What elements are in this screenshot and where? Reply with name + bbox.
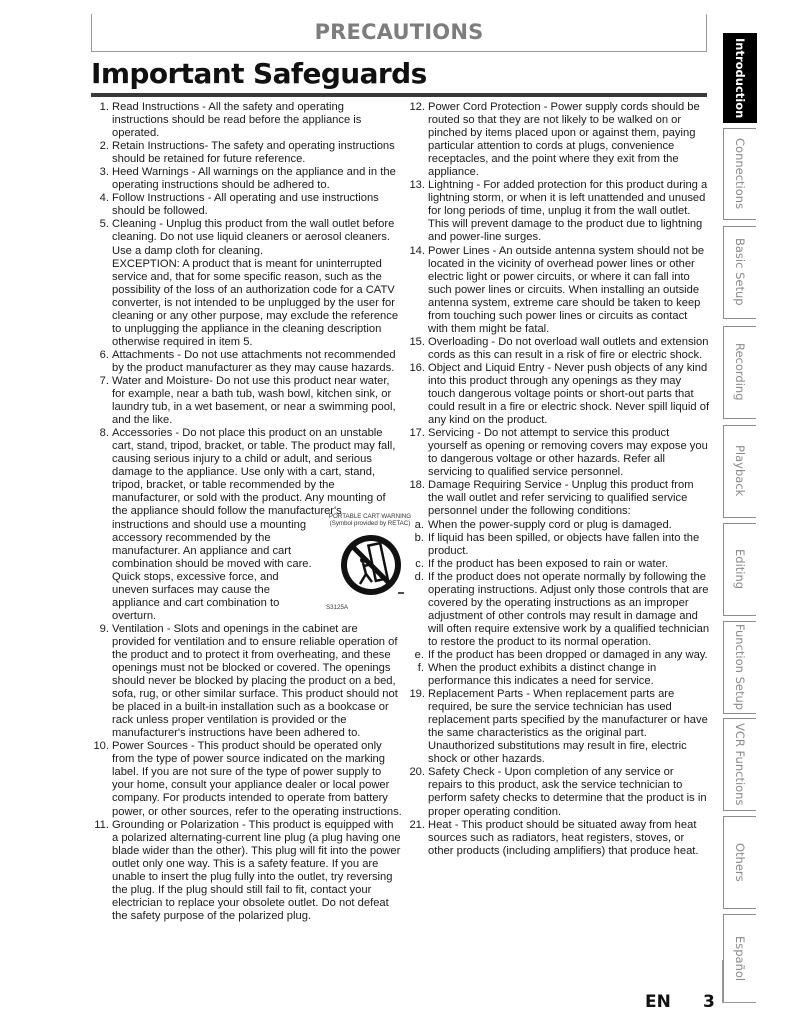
list-item-20: 20.Safety Check - Upon completion of any… bbox=[408, 766, 710, 818]
list-item-19: 19.Replacement Parts - When replacement … bbox=[408, 688, 710, 766]
list-subitem-e: e.If the product has been dropped or dam… bbox=[408, 649, 710, 662]
title-rule bbox=[91, 93, 707, 97]
list-item-1: 1.Read Instructions - All the safety and… bbox=[92, 101, 402, 140]
list-item-6: 6.Attachments - Do not use attachments n… bbox=[92, 349, 402, 375]
list-item-21: 21.Heat - This product should be situate… bbox=[408, 819, 710, 858]
list-item-3: 3.Heed Warnings - All warnings on the ap… bbox=[92, 166, 402, 192]
tab-others[interactable]: Others bbox=[723, 816, 756, 909]
list-item-10: 10.Power Sources - This product should b… bbox=[92, 740, 402, 818]
tab-basic-setup[interactable]: Basic Setup bbox=[723, 226, 756, 319]
list-item-16: 16.Object and Liquid Entry - Never push … bbox=[408, 362, 710, 427]
list-item-13: 13.Lightning - For added protection for … bbox=[408, 179, 710, 244]
portable-cart-warning-icon bbox=[336, 530, 406, 600]
list-item-9: 9.Ventilation - Slots and openings in th… bbox=[92, 623, 402, 740]
section-header-box: PRECAUTIONS bbox=[91, 14, 707, 52]
list-subitem-f: f.When the product exhibits a distinct c… bbox=[408, 662, 710, 688]
exception-note: EXCEPTION: A product that is meant for u… bbox=[112, 258, 402, 349]
list-subitem-c: c.If the product has been exposed to rai… bbox=[408, 558, 710, 571]
tab-function-setup[interactable]: Function Setup bbox=[723, 621, 756, 714]
tab-recording[interactable]: Recording bbox=[723, 326, 756, 419]
list-item-11: 11.Grounding or Polarization - This prod… bbox=[92, 819, 402, 923]
footer-divider bbox=[722, 1002, 756, 1003]
tab-introduction[interactable]: Introduction bbox=[723, 33, 757, 123]
tab-espanol[interactable]: Español bbox=[723, 914, 756, 1003]
list-item-12: 12.Power Cord Protection - Power supply … bbox=[408, 101, 710, 179]
list-item-15: 15.Overloading - Do not overload wall ou… bbox=[408, 336, 710, 362]
right-column: 12.Power Cord Protection - Power supply … bbox=[408, 101, 710, 858]
footer-divider bbox=[722, 960, 723, 1003]
list-item-17: 17.Servicing - Do not attempt to service… bbox=[408, 427, 710, 479]
tab-connections[interactable]: Connections bbox=[723, 128, 756, 220]
list-item-8: 8. Accessories - Do not place this produ… bbox=[92, 427, 402, 623]
page-title: Important Safeguards bbox=[91, 57, 427, 90]
tab-playback[interactable]: Playback bbox=[723, 425, 756, 518]
page-number: 3 bbox=[703, 992, 715, 1012]
list-item-18: 18.Damage Requiring Service - Unplug thi… bbox=[408, 479, 710, 518]
list-item-5: 5.Cleaning - Unplug this product from th… bbox=[92, 218, 402, 348]
list-subitem-d: d.If the product does not operate normal… bbox=[408, 571, 710, 649]
tab-vcr-functions[interactable]: VCR Functions bbox=[723, 718, 756, 811]
list-subitem-b: b.If liquid has been spilled, or objects… bbox=[408, 532, 710, 558]
list-item-7: 7.Water and Moisture- Do not use this pr… bbox=[92, 375, 402, 427]
list-item-14: 14.Power Lines - An outside antenna syst… bbox=[408, 245, 710, 336]
section-title: PRECAUTIONS bbox=[92, 20, 706, 44]
list-item-4: 4.Follow Instructions - All operating an… bbox=[92, 192, 402, 218]
left-column: 1.Read Instructions - All the safety and… bbox=[92, 101, 402, 923]
tab-editing[interactable]: Editing bbox=[723, 523, 756, 616]
list-subitem-a: a.When the power-supply cord or plug is … bbox=[408, 519, 710, 532]
list-item-2: 2.Retain Instructions- The safety and op… bbox=[92, 140, 402, 166]
footer-language: EN bbox=[645, 992, 671, 1012]
